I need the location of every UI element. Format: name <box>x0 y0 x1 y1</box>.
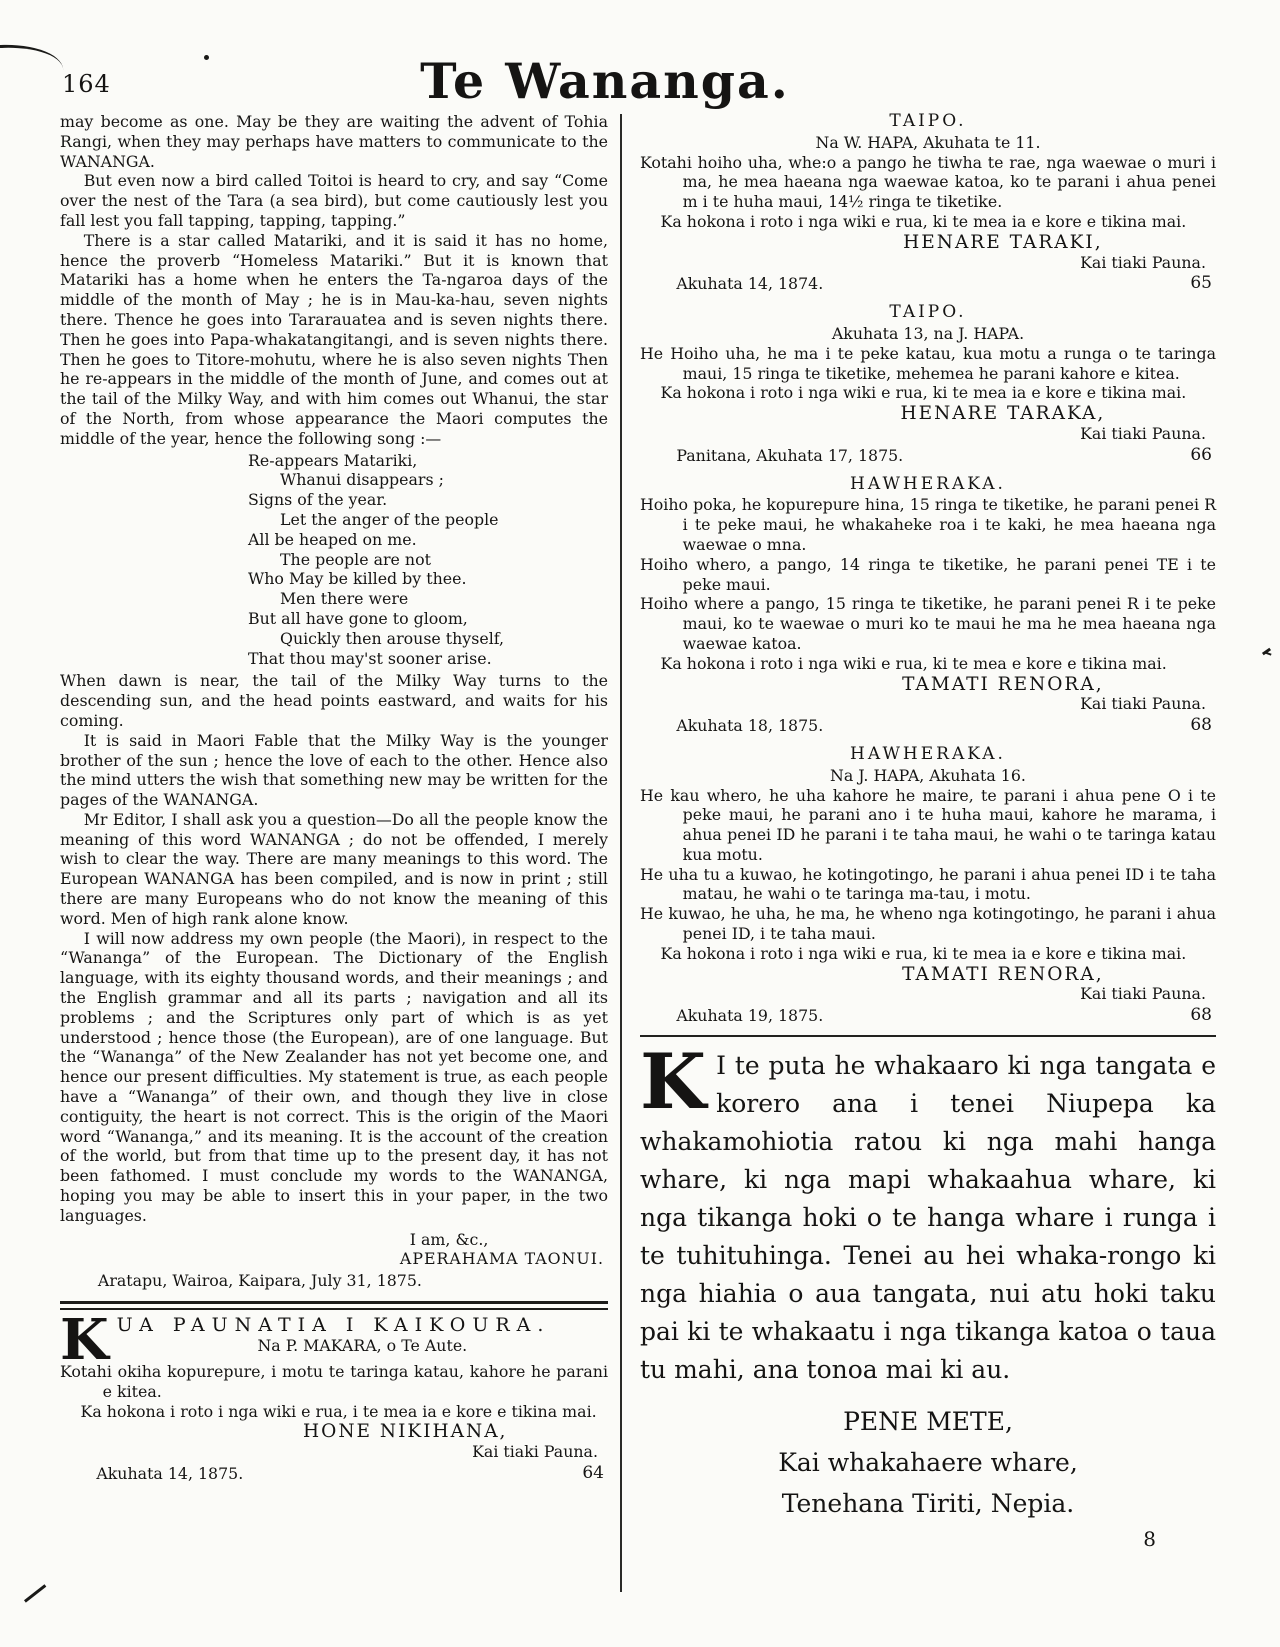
advert-signature: PENE METE, Kai whakahaere whare, Tenehan… <box>640 1401 1216 1524</box>
date-row: Panitana, Akuhata 17, 1875. 66 <box>640 446 1216 466</box>
notice-title: TAIPO. <box>640 303 1216 323</box>
poem-line: Re-appears Matariki, <box>248 451 608 471</box>
signature-name: PENE METE, <box>640 1401 1216 1442</box>
letter-paragraph: It is said in Maori Fable that the Milky… <box>60 731 608 810</box>
poem-line: Whanui disappears ; <box>280 470 608 490</box>
drop-cap: K <box>640 1051 706 1113</box>
drop-cap: K <box>60 1318 109 1362</box>
lot-number: 65 <box>1190 274 1216 294</box>
letter-paragraph: There is a star called Matariki, and it … <box>60 231 608 449</box>
letter-closing: I am, &c., APERAHAMA TAONUI. Aratapu, Wa… <box>60 1230 608 1291</box>
right-column: TAIPO. Na W. HAPA, Akuhata te 11. Kotahi… <box>640 112 1216 1550</box>
notice-body: Hoiho whero, a pango, 14 ringa te tiketi… <box>640 555 1216 595</box>
signature-role: Kai tiaki Pauna. <box>640 253 1216 273</box>
notice-sale-line: Ka hokona i roto i nga wiki e rua, i te … <box>60 1402 608 1422</box>
ink-mark-right-margin <box>1262 648 1271 656</box>
poem-line: Who May be killed by thee. <box>248 569 608 589</box>
notice-title: TAIPO. <box>640 112 1216 132</box>
signature-name: HENARE TARAKI, <box>640 233 1216 253</box>
poem-line: Men there were <box>280 589 608 609</box>
notice-date: Panitana, Akuhata 17, 1875. <box>676 446 903 466</box>
notice-title: HAWHERAKA. <box>640 745 1216 765</box>
notice-title: UA PAUNATIA I KAIKOURA. <box>60 1316 608 1336</box>
notice-body: He kau whero, he uha kahore he maire, te… <box>640 786 1216 865</box>
notice-date: Akuhata 19, 1875. <box>676 1006 823 1026</box>
livestock-notice-2: TAIPO. Akuhata 13, na J. HAPA. He Hoiho … <box>640 303 1216 465</box>
letter-paragraph: I will now address my own people (the Ma… <box>60 929 608 1226</box>
notice-title: HAWHERAKA. <box>640 475 1216 495</box>
signature-role: Kai tiaki Pauna. <box>640 424 1216 444</box>
left-column: may become as one. May be they are waiti… <box>60 112 608 1493</box>
lot-number: 68 <box>1190 716 1216 736</box>
poem-line: Quickly then arouse thyself, <box>280 629 608 649</box>
notice-body: He uha tu a kuwao, he kotingotingo, he p… <box>640 865 1216 905</box>
bottom-page-number: 8 <box>640 1530 1216 1550</box>
signature-name: HONE NIKIHANA, <box>60 1422 608 1442</box>
notice-sale-line: Ka hokona i roto i nga wiki e rua, ki te… <box>640 383 1216 403</box>
notice-heading: K UA PAUNATIA I KAIKOURA. Na P. MAKARA, … <box>60 1316 608 1356</box>
newspaper-page: 164 Te Wananga. may become as one. May b… <box>0 0 1280 1647</box>
signature-address: Tenehana Tiriti, Nepia. <box>640 1483 1216 1524</box>
signature-role: Kai tiaki Pauna. <box>640 694 1216 714</box>
closing-salutation: I am, &c., <box>60 1230 608 1250</box>
date-row: Akuhata 14, 1874. 65 <box>640 274 1216 294</box>
notice-sale-line: Ka hokona i roto i nga wiki e rua, ki te… <box>640 944 1216 964</box>
notice-body: Kotahi okiha kopurepure, i motu te tarin… <box>60 1362 608 1402</box>
lot-number: 66 <box>1190 446 1216 466</box>
section-rule <box>640 1035 1216 1037</box>
notice-date: Akuhata 14, 1874. <box>676 274 823 294</box>
lot-number: 68 <box>1190 1006 1216 1026</box>
letter-paragraph: Mr Editor, I shall ask you a question—Do… <box>60 810 608 929</box>
notice-byline: Na W. HAPA, Akuhata te 11. <box>640 133 1216 153</box>
date-row: Akuhata 19, 1875. 68 <box>640 1006 1216 1026</box>
notice-body: He kuwao, he uha, he ma, he wheno nga ko… <box>640 904 1216 944</box>
signature-role: Kai whakahaere whare, <box>640 1442 1216 1483</box>
date-row: Akuhata 18, 1875. 68 <box>640 716 1216 736</box>
poem-line: But all have gone to gloom, <box>248 609 608 629</box>
notice-body: Kotahi hoiho uha, whe:o a pango he tiwha… <box>640 153 1216 212</box>
notice-body: Hoiho poka, he kopurepure hina, 15 ringa… <box>640 495 1216 554</box>
signature-name: TAMATI RENORA, <box>640 965 1216 985</box>
poem-line: All be heaped on me. <box>248 530 608 550</box>
livestock-notice-1: TAIPO. Na W. HAPA, Akuhata te 11. Kotahi… <box>640 112 1216 294</box>
notice-date: Akuhata 14, 1875. <box>96 1464 243 1484</box>
matariki-song: Re-appears Matariki, Whanui disappears ;… <box>248 451 608 669</box>
masthead-title: Te Wananga. <box>0 52 1210 110</box>
signature-role: Kai tiaki Pauna. <box>60 1442 608 1462</box>
notice-byline: Na J. HAPA, Akuhata 16. <box>640 766 1216 786</box>
notice-byline: Akuhata 13, na J. HAPA. <box>640 324 1216 344</box>
section-rule <box>60 1301 608 1310</box>
notice-date: Akuhata 18, 1875. <box>676 716 823 736</box>
letter-paragraph: may become as one. May be they are waiti… <box>60 112 608 171</box>
signature-name: TAMATI RENORA, <box>640 675 1216 695</box>
author-name: APERAHAMA TAONUI. <box>60 1249 608 1269</box>
date-row: Akuhata 14, 1875. 64 <box>60 1464 608 1484</box>
poem-line: The people are not <box>280 550 608 570</box>
poem-line: Let the anger of the people <box>280 510 608 530</box>
lot-number: 64 <box>582 1464 608 1484</box>
notice-byline: Na P. MAKARA, o Te Aute. <box>60 1336 608 1356</box>
letter-paragraph: But even now a bird called Toitoi is hea… <box>60 171 608 230</box>
notice-body: Hoiho where a pango, 15 ringa te tiketik… <box>640 594 1216 653</box>
signature-role: Kai tiaki Pauna. <box>640 984 1216 1004</box>
poem-line: That thou may'st sooner arise. <box>248 649 608 669</box>
notice-sale-line: Ka hokona i roto i nga wiki e rua, ki te… <box>640 212 1216 232</box>
notice-sale-line: Ka hokona i roto i nga wiki e rua, ki te… <box>640 654 1216 674</box>
building-advertisement: K I te puta he whakaaro ki nga tangata e… <box>640 1047 1216 1524</box>
livestock-notice-3: HAWHERAKA. Hoiho poka, he kopurepure hin… <box>640 475 1216 736</box>
signature-name: HENARE TARAKA, <box>640 404 1216 424</box>
place-and-date: Aratapu, Wairoa, Kaipara, July 31, 1875. <box>98 1271 608 1291</box>
column-divider <box>620 114 622 1592</box>
livestock-notice-4: HAWHERAKA. Na J. HAPA, Akuhata 16. He ka… <box>640 745 1216 1026</box>
notice-body: He Hoiho uha, he ma i te peke katau, kua… <box>640 344 1216 384</box>
letter-paragraph: When dawn is near, the tail of the Milky… <box>60 671 608 730</box>
kaikoura-notice: K UA PAUNATIA I KAIKOURA. Na P. MAKARA, … <box>60 1316 608 1484</box>
advert-text: I te puta he whakaaro ki nga tangata e k… <box>640 1047 1216 1389</box>
ink-mark-bottom-left <box>24 1584 46 1602</box>
poem-line: Signs of the year. <box>248 490 608 510</box>
